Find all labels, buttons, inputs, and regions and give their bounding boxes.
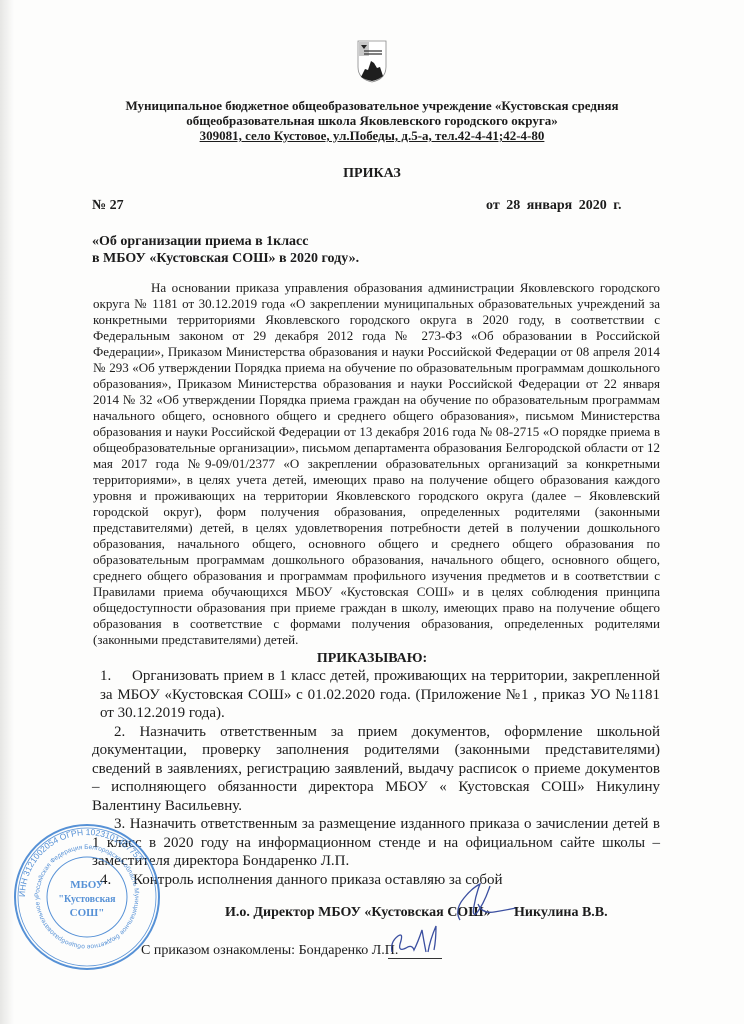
subject-line-1: «Об организации приема в 1класс — [92, 233, 359, 250]
order-item-3: 3. Назначить ответственным за размещение… — [92, 815, 660, 871]
order-subject: «Об организации приема в 1класс в МБОУ «… — [92, 233, 359, 267]
deputy-signature-icon — [388, 922, 444, 958]
order-item-2: 2. Назначить ответственным за прием доку… — [92, 723, 660, 816]
scanned-document-page: Муниципальное бюджетное общеобразователь… — [0, 0, 744, 1024]
order-number: № 27 — [92, 198, 124, 214]
institution-header: Муниципальное бюджетное общеобразователь… — [90, 98, 654, 143]
order-item-4: 4.Контроль исполнения данного приказа ос… — [92, 871, 660, 890]
item-number: 2. — [114, 724, 125, 740]
institution-address: 309081, село Кустовое, ул.Победы, д.5-а,… — [90, 128, 654, 143]
order-item-1: 1.Организовать прием в 1 класс детей, пр… — [92, 667, 660, 723]
document-type-title: ПРИКАЗ — [0, 166, 744, 182]
institution-name-line2: общеобразовательная школа Яковлевского г… — [90, 113, 654, 128]
stamp-center-line2: "Кустовская — [58, 894, 116, 905]
institution-name-line1: Муниципальное бюджетное общеобразователь… — [90, 98, 654, 113]
acknowledgement-text: С приказом ознакомлены: Бондаренко Л.П. — [141, 943, 398, 959]
subject-line-2: в МБОУ «Кустовская СОШ» в 2020 году». — [92, 250, 359, 267]
official-stamp-icon: ИНН 3121002054 ОГРН 1023101457752 Россий… — [12, 822, 162, 972]
item-text: Назначить ответственным за прием докумен… — [92, 724, 660, 814]
item-text: Назначить ответственным за размещение из… — [92, 816, 660, 869]
order-heading: ПРИКАЗЫВАЮ: — [0, 651, 744, 667]
order-items-list: 1.Организовать прием в 1 класс детей, пр… — [92, 667, 660, 889]
item-number: 1. — [100, 667, 132, 686]
stamp-center-line3: СОШ" — [70, 907, 105, 919]
signature-line — [388, 958, 442, 959]
item-text: Организовать прием в 1 класс детей, прож… — [100, 668, 660, 721]
signatory-name: Никулина В.В. — [514, 905, 608, 921]
preamble-paragraph: На основании приказа управления образова… — [93, 280, 660, 648]
stamp-center-line1: МБОУ — [70, 879, 104, 891]
coat-of-arms-icon — [356, 39, 388, 83]
order-date: от 28 января 2020 г. — [486, 198, 622, 214]
item-text: Контроль исполнения данного приказа оста… — [133, 872, 503, 888]
